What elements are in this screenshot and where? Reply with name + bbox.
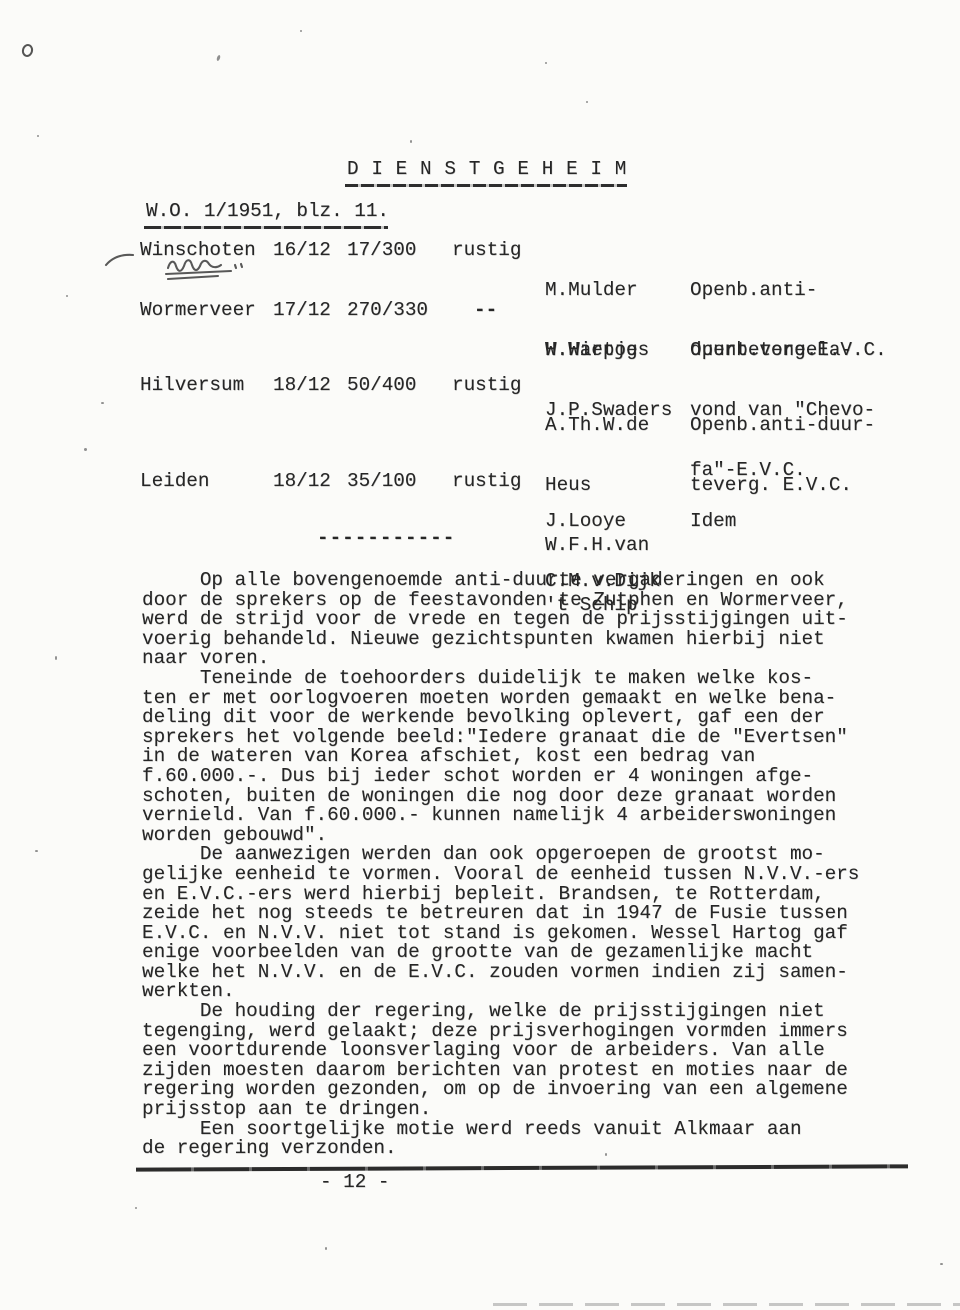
body-line: enige voorbeelden van de grootte van de … (142, 943, 859, 963)
body-line: f.60.000.-. Dus bij ieder schot worden e… (142, 767, 859, 787)
table-cell-mood: rustig (452, 240, 521, 260)
footer-rule (136, 1164, 908, 1171)
table-cell-mood: -- (474, 300, 497, 320)
body-text: Op alle bovengenoemde anti-duurte vergad… (142, 571, 859, 1159)
table-cell-attendance: 50/400 (347, 375, 416, 395)
table-cell-mood: rustig (452, 471, 521, 491)
speaker-name: H.Wiepjes (545, 340, 672, 360)
event-line: Openb.anti- (690, 280, 887, 300)
ink-speckle (605, 1153, 607, 1156)
body-line: De houding der regering, welke de prijss… (142, 1002, 859, 1022)
event-line: Idem (690, 511, 759, 531)
table-cell-date: 16/12 (273, 240, 331, 260)
table-cell-mood: rustig (452, 375, 521, 395)
body-line: in de wateren van Korea afschiet, kost e… (142, 747, 859, 767)
section-separator: ----------- (317, 528, 455, 548)
handwritten-initials-annotation (100, 245, 260, 290)
table-cell-place: Wormerveer (140, 300, 256, 320)
next-page-edge-line (493, 1303, 960, 1306)
pen-scribble (168, 260, 221, 271)
body-line: werd de strijd voor de vrede en tegen de… (142, 610, 859, 630)
ink-speckle (410, 140, 412, 143)
body-line: een voortdurende loonsverlaging voor de … (142, 1041, 859, 1061)
ink-speckle (101, 402, 104, 404)
table-cell-attendance: 35/100 (347, 471, 416, 491)
document-page: D I E N S T G E H E I M W.O. 1/1951, blz… (0, 0, 960, 1310)
body-line: welke het N.V.V. en de E.V.C. zouden vor… (142, 963, 859, 983)
speaker-name: A.Th.W.de (545, 415, 649, 435)
ink-speckle (135, 1207, 137, 1209)
table-cell-place: Hilversum (140, 375, 244, 395)
table-cell-date: 17/12 (273, 300, 331, 320)
body-line: zeide het nog steeds te betreuren dat in… (142, 904, 859, 924)
ink-speckle (216, 55, 221, 62)
classification-underline (345, 184, 627, 187)
body-line: deling dit voor de werkende bevolking op… (142, 708, 859, 728)
table-cell-place: Leiden (140, 471, 209, 491)
table-cell-event: Idem (690, 471, 759, 571)
ink-speckle (37, 135, 39, 137)
body-line: gelijke eenheid te vormen. Vooral de een… (142, 865, 859, 885)
ink-speckle (55, 656, 57, 660)
ink-speckle (300, 30, 302, 32)
body-line: de regering verzonden. (142, 1139, 859, 1159)
ink-speckle (325, 1247, 327, 1250)
body-line: De aanwezigen werden dan ook opgeroepen … (142, 845, 859, 865)
table-cell-attendance: 17/300 (347, 240, 416, 260)
page-number: - 12 - (320, 1172, 389, 1192)
speaker-name: M.Mulder (545, 280, 638, 300)
ink-speckle (35, 850, 38, 852)
ink-speckle (84, 448, 87, 451)
body-line: Op alle bovengenoemde anti-duurte vergad… (142, 571, 859, 591)
body-line: Teneinde de toehoorders duidelijk te mak… (142, 669, 859, 689)
ink-speckle (66, 295, 68, 297)
table-cell-date: 18/12 (273, 375, 331, 395)
document-reference: W.O. 1/1951, blz. 11. (146, 201, 389, 221)
body-line: vernield. Van f.60.000.- kunnen namelijk… (142, 806, 859, 826)
ink-speckle (21, 43, 35, 58)
table-cell-date: 18/12 (273, 471, 331, 491)
document-reference-underline (144, 226, 388, 229)
table-cell-attendance: 270/330 (347, 300, 428, 320)
pen-tick-mark (106, 255, 133, 265)
speaker-name: J.Looye (545, 511, 661, 531)
ink-speckle (545, 62, 547, 64)
ink-speckle (940, 1263, 943, 1265)
event-line: Openb.toneela- (690, 340, 875, 360)
classification-heading: D I E N S T G E H E I M (347, 159, 627, 179)
event-line: Openb.anti-duur- (690, 415, 875, 435)
ink-speckle (586, 101, 588, 103)
body-line: prijsstop aan te dringen. (142, 1100, 859, 1120)
